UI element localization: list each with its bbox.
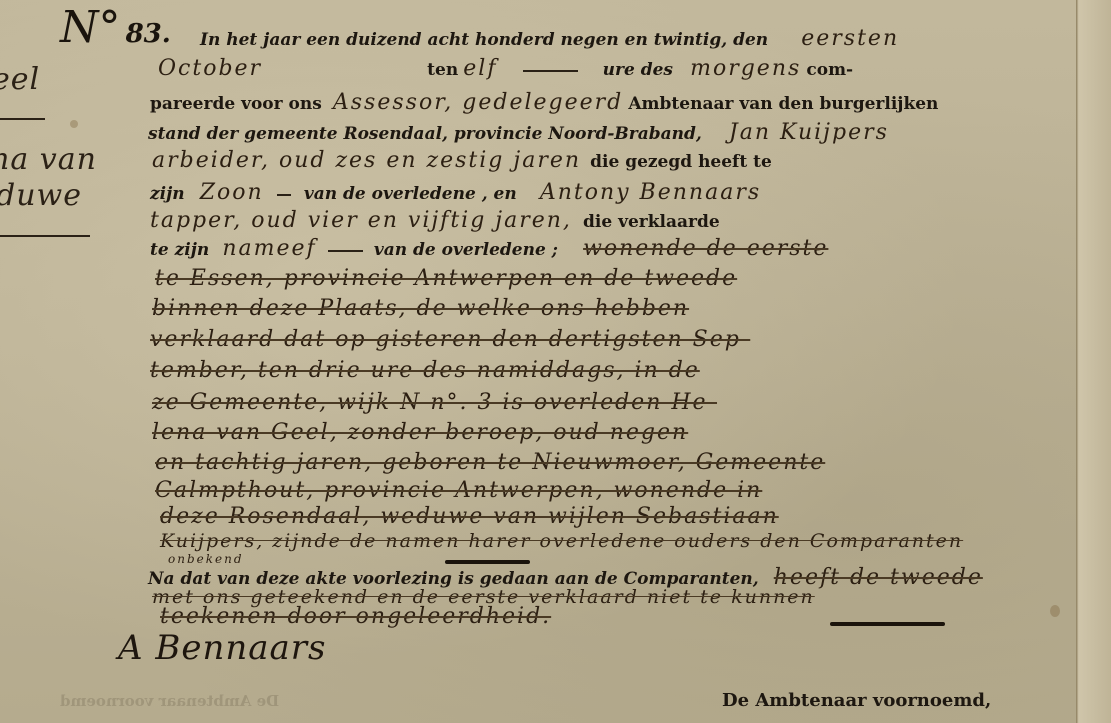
text-line-1: In het jaar een duizend acht honderd neg… <box>200 26 899 51</box>
margin-note: na van <box>0 142 97 177</box>
text-line-13: ze Gemeente, wijk N n°. 3 is overleden H… <box>152 390 717 415</box>
text-line-16: Calmpthout, provincie Antwerpen, wonende… <box>155 478 762 503</box>
printed-text: com- <box>806 60 853 80</box>
handwritten-text: elf <box>463 56 497 81</box>
printed-text: te zijn <box>150 240 209 260</box>
printed-text: Ambtenaar van den burgerlijken <box>628 94 938 114</box>
filler-dash <box>277 194 291 196</box>
handwritten-text: tapper, oud vier en vijftig jaren, <box>150 208 572 233</box>
margin-note: eel <box>0 62 40 97</box>
margin-rule <box>0 118 45 120</box>
handwritten-text: Jan Kuijpers <box>729 120 889 145</box>
text-line-5: arbeider, oud zes en zestig jaren die ge… <box>152 148 772 173</box>
text-line-18: Kuijpers, zijnde de namen harer overlede… <box>160 530 963 552</box>
printed-text: ten <box>427 60 458 80</box>
document-page: eel na van duwe N° 83. In het jaar een d… <box>0 0 1078 723</box>
stain <box>70 120 78 128</box>
printed-text: van de overledene ; <box>374 240 558 260</box>
margin-note: duwe <box>0 178 82 213</box>
printed-text: ure des <box>603 60 673 80</box>
left-margin: eel na van duwe <box>0 0 140 723</box>
handwritten-text: Antony Bennaars <box>540 180 761 205</box>
text-line-9: te Essen, provincie Antwerpen en de twee… <box>155 266 737 291</box>
filler-dash <box>328 250 363 252</box>
bleed-through-text: De Ambtenaar voornoemd <box>60 692 279 710</box>
handwritten-text: October <box>158 56 262 81</box>
handwritten-text: Zoon <box>200 180 264 205</box>
margin-rule <box>0 235 90 237</box>
text-line-14: lena van Geel, zonder beroep, oud negen <box>152 420 688 445</box>
text-line-12: tember, ten drie ure des namiddags, in d… <box>150 358 700 383</box>
handwritten-text: Assessor, gedelegeerd <box>333 90 623 115</box>
printed-text: die verklaarde <box>583 212 720 232</box>
text-line-2: October ten elf ure des morgens com- <box>158 56 853 81</box>
record-number-prefix: N° <box>60 2 121 53</box>
printed-text: van de overledene , en <box>304 184 517 204</box>
text-line-17: deze Rosendaal, weduwe van wijlen Sebast… <box>160 504 779 529</box>
text-line-10: binnen deze Plaats, de welke ons hebben <box>152 296 689 321</box>
printed-text: zijn <box>150 184 185 204</box>
handwritten-text: wonende de eerste <box>583 236 828 261</box>
text-line-4: stand der gemeente Rosendaal, provincie … <box>148 120 889 145</box>
adjacent-page <box>1079 0 1111 723</box>
end-rule <box>830 622 945 626</box>
text-line-3: pareerde voor ons Assessor, gedelegeerd … <box>150 90 938 115</box>
printed-text: die gezegd heeft te <box>590 152 772 172</box>
text-line-11: verklaard dat op gisteren den dertigsten… <box>150 327 750 352</box>
text-line-15: en tachtig jaren, geboren te Nieuwmoer, … <box>155 450 825 475</box>
handwritten-text: arbeider, oud zes en zestig jaren <box>152 148 581 173</box>
printed-text: pareerde voor ons <box>150 94 322 114</box>
handwritten-text: nameef <box>222 236 316 261</box>
text-line-19: onbekend <box>168 552 244 566</box>
text-line-7: tapper, oud vier en vijftig jaren, die v… <box>150 208 720 233</box>
filler-dash <box>523 70 578 72</box>
printed-text: stand der gemeente Rosendaal, provincie … <box>148 124 702 144</box>
handwritten-text: eersten <box>801 26 899 51</box>
underline-rule <box>445 560 530 564</box>
text-line-22: teekenen door ongeleerdheid. <box>160 604 551 629</box>
signature: A Bennaars <box>118 628 327 668</box>
handwritten-text: morgens <box>690 56 801 81</box>
text-line-6: zijn Zoon van de overledene , en Antony … <box>150 180 761 205</box>
record-number: N° 83. <box>60 2 171 53</box>
stain <box>1050 605 1060 617</box>
record-number-value: 83. <box>126 19 171 49</box>
printed-text: In het jaar een duizend acht honderd neg… <box>200 30 768 50</box>
text-line-8: te zijn nameef van de overledene ; wonen… <box>150 236 828 261</box>
official-closing: De Ambtenaar voornoemd, <box>722 690 991 711</box>
